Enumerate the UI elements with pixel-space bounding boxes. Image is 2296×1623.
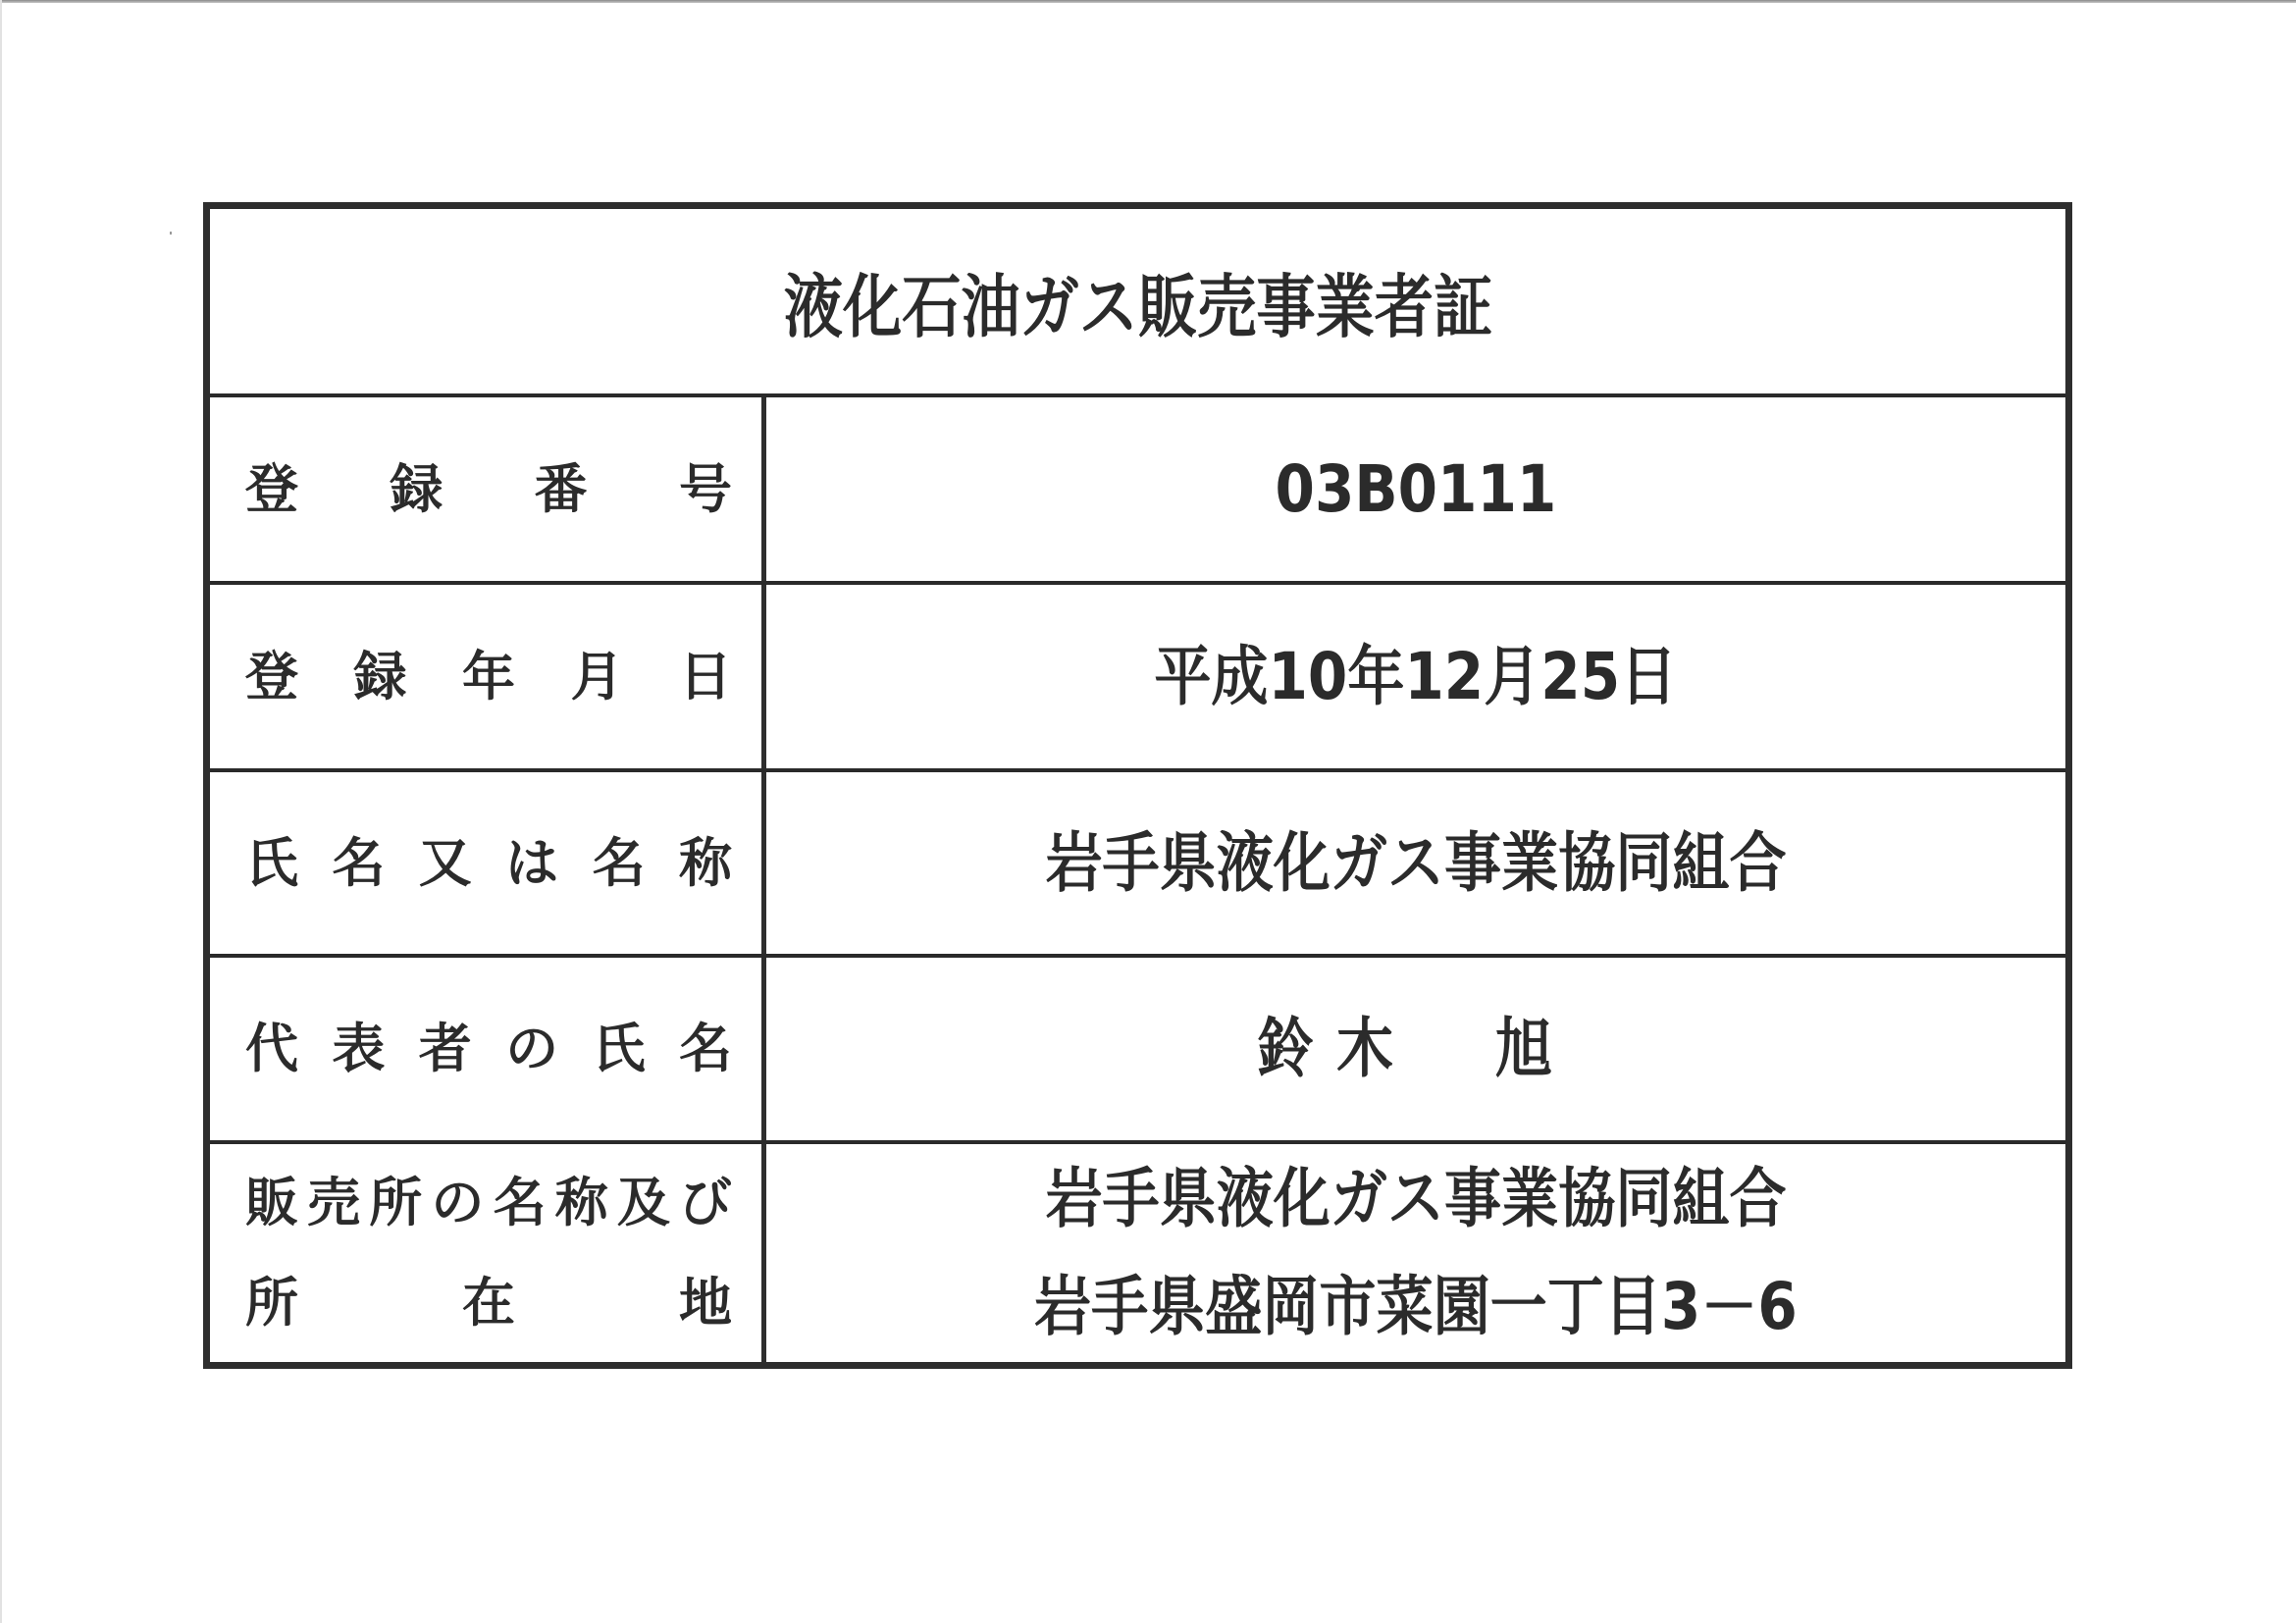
label-char: 販 (245, 1177, 298, 1230)
label-sales-office-name: 販 売 所 の 名 称 及 び (245, 1177, 732, 1230)
row-representative-name: 代 表 者 の 氏 名 鈴木 旭 (210, 958, 2065, 1144)
label-char: 売 (307, 1177, 360, 1230)
scan-top-edge (0, 0, 2296, 3)
label-char: び (679, 1177, 732, 1230)
label-char: 年 (462, 651, 515, 704)
title-row: 液化石油ガス販売事業者証 (210, 209, 2065, 397)
label-name-or-title: 氏 名 又 は 名 称 (245, 837, 732, 890)
value-name-or-title: 岩手県液化ガス事業協同組合 (1045, 831, 1786, 896)
label-char: 称 (555, 1177, 608, 1230)
label-char: 及 (617, 1177, 670, 1230)
label-cell: 販 売 所 の 名 称 及 び 所 在 地 (210, 1144, 766, 1362)
row-sales-office: 販 売 所 の 名 称 及 び 所 在 地 岩手県液化ガス事業協同組合 岩手県盛… (210, 1144, 2065, 1362)
value-cell: 岩手県液化ガス事業協同組合 (766, 772, 2065, 954)
value-registration-number: 03B0111 (1276, 457, 1557, 522)
certificate-table: 液化石油ガス販売事業者証 登 録 番 号 03B0111 登 録 年 月 日 (203, 202, 2072, 1369)
label-char: 号 (679, 463, 732, 516)
value-registration-date: 平成10年12月25日 (1155, 645, 1678, 709)
label-char: の (431, 1177, 484, 1230)
value-cell: 03B0111 (766, 397, 2065, 581)
label-char: 番 (535, 463, 588, 516)
label-char: 称 (679, 837, 732, 890)
scan-left-edge (0, 0, 2, 1623)
scan-speck (170, 232, 172, 235)
label-char: 表 (332, 1022, 385, 1075)
label-char: 名 (593, 837, 646, 890)
label-char: 日 (679, 651, 732, 704)
label-char: 登 (245, 463, 298, 516)
label-char: 者 (419, 1022, 472, 1075)
label-char: 又 (419, 837, 472, 890)
row-name-or-title: 氏 名 又 は 名 称 岩手県液化ガス事業協同組合 (210, 772, 2065, 958)
label-char: 地 (679, 1277, 732, 1330)
value-sales-office-address: 岩手県盛岡市菜園一丁目3－6 (1034, 1275, 1798, 1339)
label-char: 氏 (245, 837, 298, 890)
value-sales-office-name: 岩手県液化ガス事業協同組合 (1045, 1167, 1786, 1231)
value-cell: 岩手県液化ガス事業協同組合 岩手県盛岡市菜園一丁目3－6 (766, 1144, 2065, 1362)
label-cell: 氏 名 又 は 名 称 (210, 772, 766, 954)
label-registration-number: 登 録 番 号 (245, 463, 732, 516)
label-char: 録 (354, 651, 407, 704)
label-cell: 登 録 番 号 (210, 397, 766, 581)
value-cell: 平成10年12月25日 (766, 585, 2065, 768)
value-representative-name: 鈴木 旭 (1257, 1017, 1575, 1081)
label-char: 所 (369, 1177, 422, 1230)
label-char: 名 (494, 1177, 547, 1230)
label-char: 在 (462, 1277, 515, 1330)
label-char: 名 (679, 1022, 732, 1075)
row-registration-date: 登 録 年 月 日 平成10年12月25日 (210, 585, 2065, 772)
label-char: 月 (571, 651, 624, 704)
label-cell: 登 録 年 月 日 (210, 585, 766, 768)
label-char: 所 (245, 1277, 298, 1330)
label-char: は (505, 837, 558, 890)
row-registration-number: 登 録 番 号 03B0111 (210, 397, 2065, 585)
label-char: 登 (245, 651, 298, 704)
label-registration-date: 登 録 年 月 日 (245, 651, 732, 704)
label-char: 氏 (593, 1022, 646, 1075)
label-char: 代 (245, 1022, 298, 1075)
label-representative-name: 代 表 者 の 氏 名 (245, 1022, 732, 1075)
value-cell: 鈴木 旭 (766, 958, 2065, 1140)
label-cell: 代 表 者 の 氏 名 (210, 958, 766, 1140)
label-char: の (505, 1022, 558, 1075)
label-char: 名 (332, 837, 385, 890)
label-sales-office-location: 所 在 地 (245, 1277, 732, 1330)
label-char: 録 (390, 463, 443, 516)
certificate-title: 液化石油ガス販売事業者証 (783, 252, 1491, 351)
